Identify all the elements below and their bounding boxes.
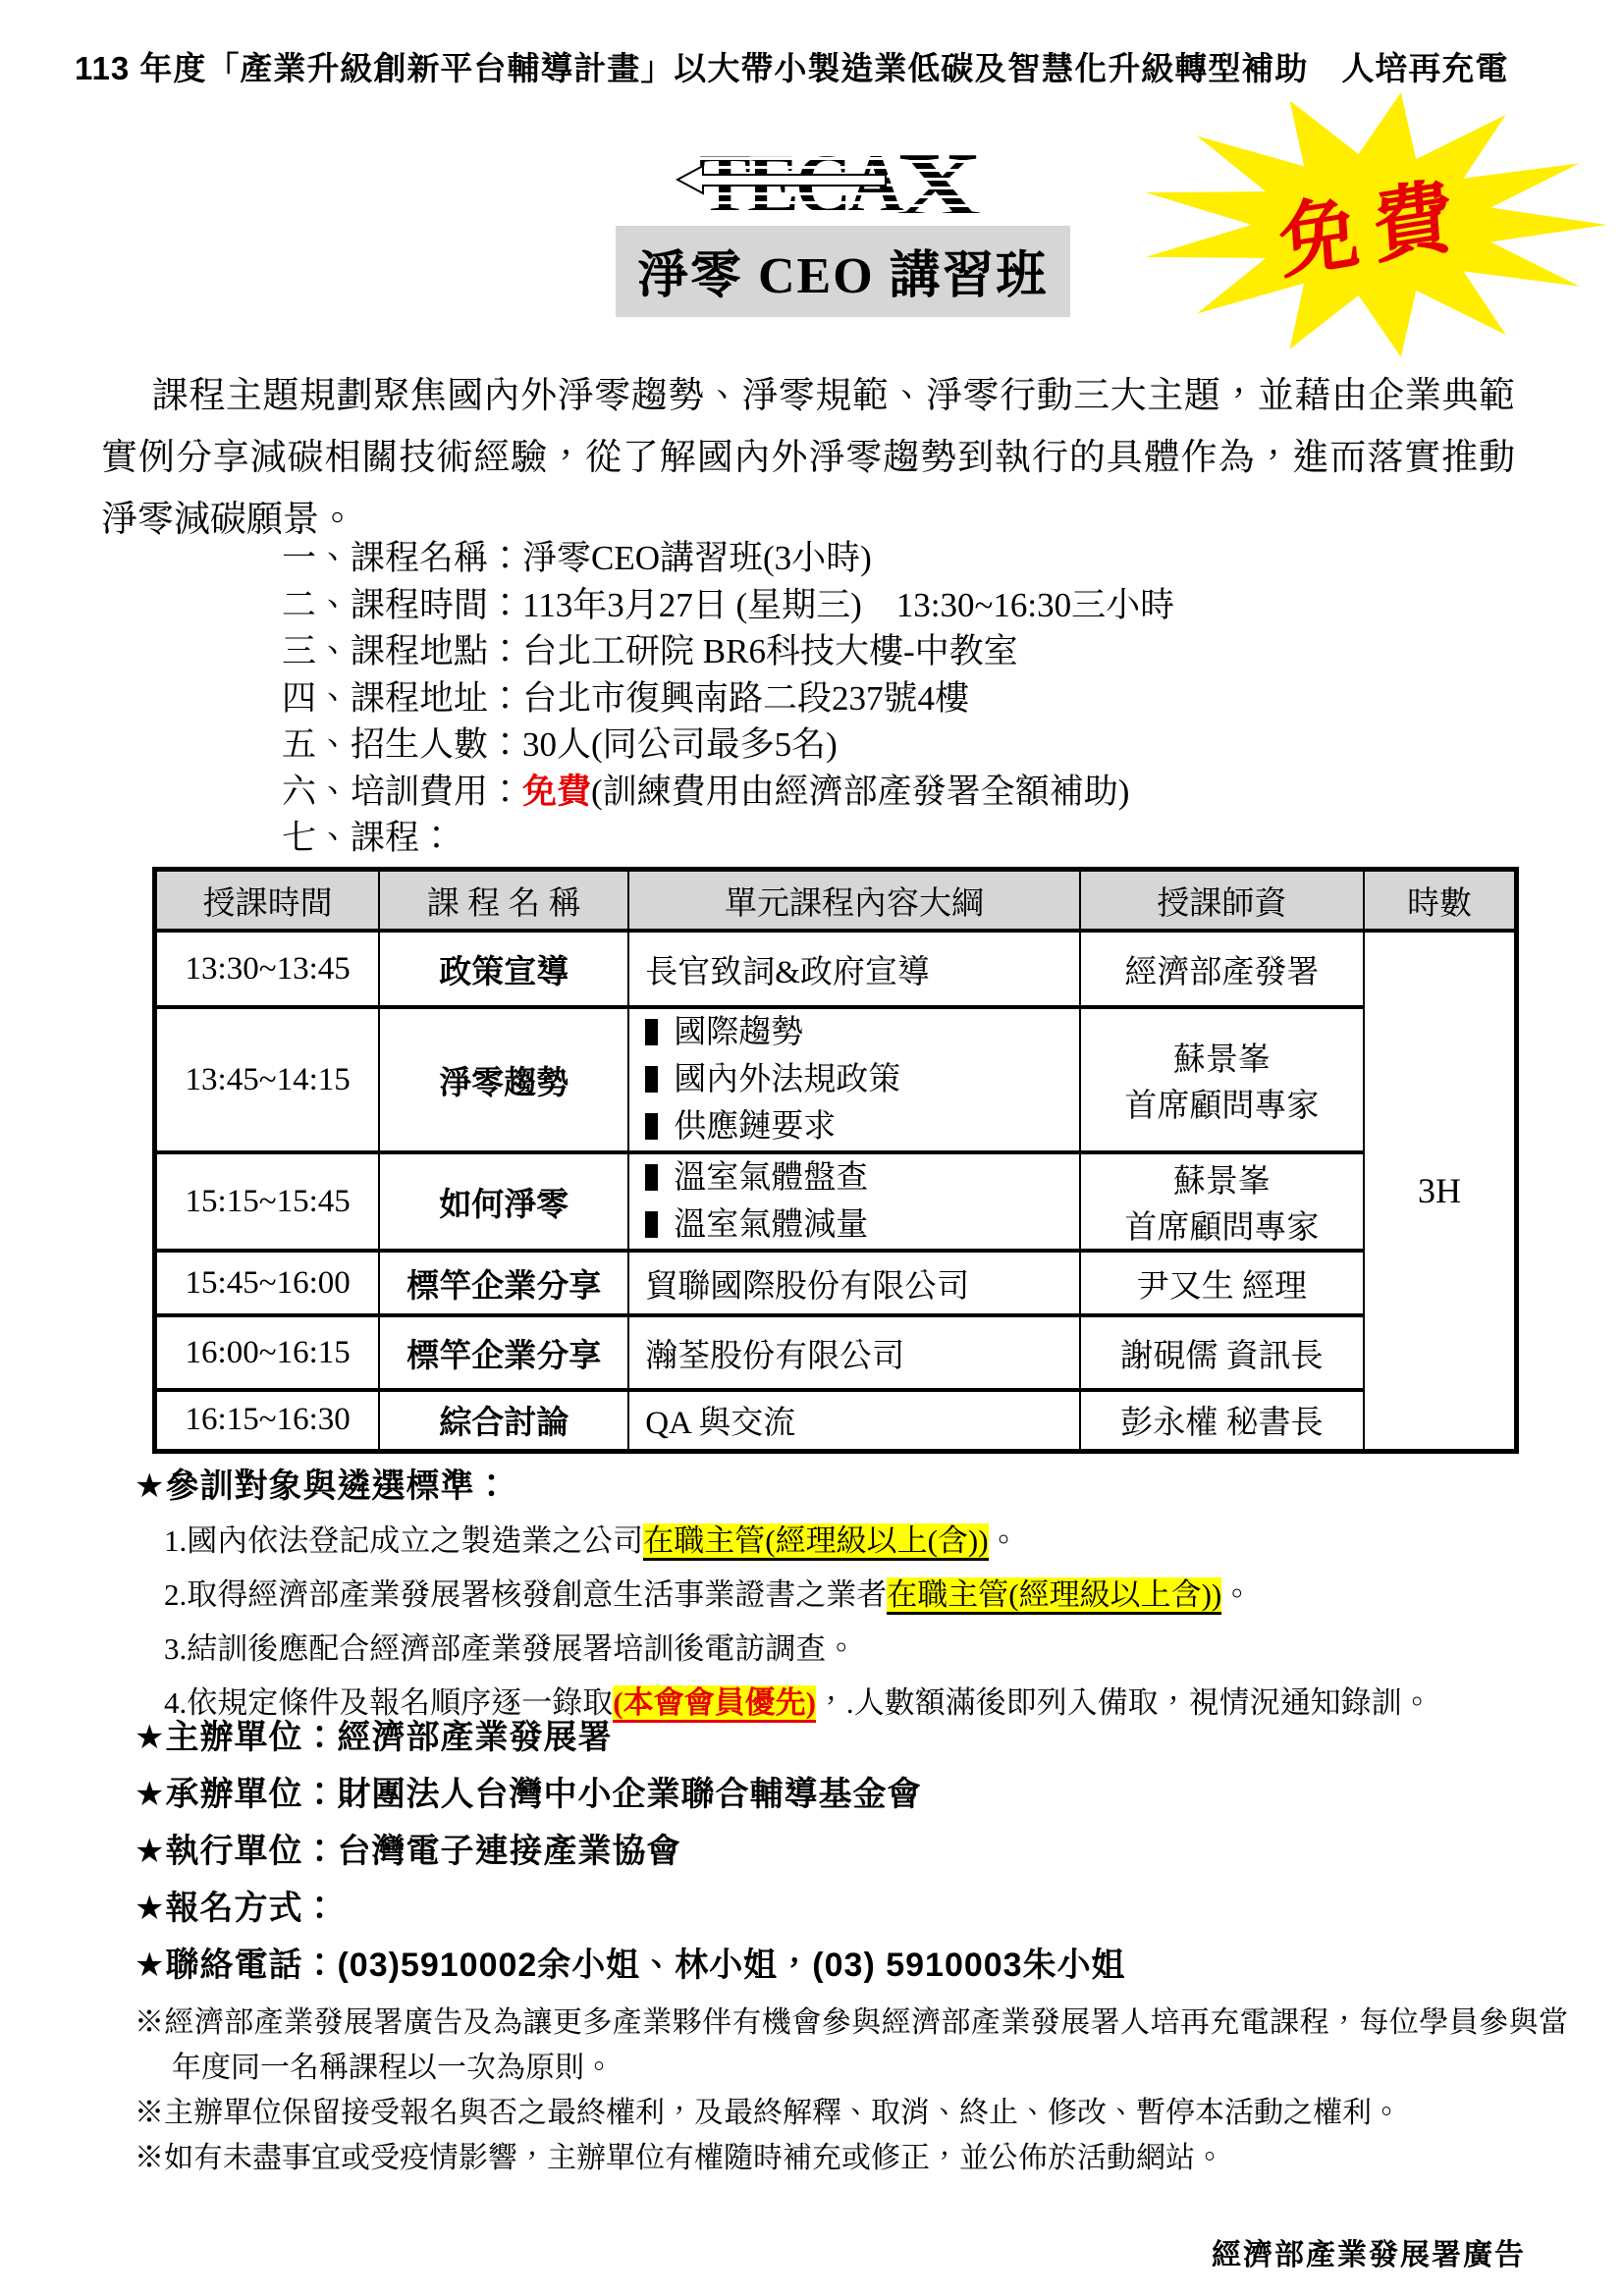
cell-time: 13:30~13:45	[155, 931, 380, 1007]
cell-instructor: 彭永權 秘書長	[1080, 1390, 1364, 1451]
flyer-page: 113 年度「產業升級創新平台輔導計畫」以大帶小製造業低碳及智慧化升級轉型補助 …	[0, 0, 1624, 2296]
bullet-line: 溫室氣體盤查	[645, 1154, 1079, 1201]
footnote: ※如有未盡事宜或受疫情影響，主辦單位有權隨時補充或修正，並公佈於活動網站。	[135, 2136, 1568, 2181]
bullet-text: 溫室氣體盤查	[674, 1160, 868, 1196]
footnotes-section: ※經濟部產業發展署廣告及為讓更多產業夥伴有機會參與經濟部產業發展署人培再充電課程…	[135, 2001, 1568, 2181]
page-top-header: 113 年度「產業升級創新平台輔導計畫」以大帶小製造業低碳及智慧化升級轉型補助 …	[75, 43, 1585, 89]
criteria-item: 2.取得經濟部產業發展署核發創意生活事業證書之業者在職主管(經理級以上含))。	[164, 1575, 1585, 1615]
cell-course: 如何淨零	[379, 1152, 628, 1251]
bullet-square-icon	[645, 1164, 658, 1191]
bullet-text: 供應鏈要求	[674, 1109, 836, 1145]
cell-instructor: 蘇景峯 首席顧問專家	[1080, 1007, 1364, 1152]
cell-content: 瀚荃股份有限公司	[628, 1315, 1080, 1390]
cell-instructor: 尹又生 經理	[1080, 1251, 1364, 1315]
criteria-text: 。	[1221, 1577, 1252, 1612]
col-header-hours: 時數	[1364, 870, 1517, 932]
cell-course: 標竿企業分享	[379, 1315, 628, 1390]
cell-time: 15:45~16:00	[155, 1251, 380, 1315]
course-info-item: 五、招生人數：30人(同公司最多5名)	[282, 721, 1545, 769]
course-info-item: 七、課程：	[282, 815, 1545, 862]
cell-content: 國際趨勢 國內外法規政策 供應鏈要求	[628, 1007, 1080, 1152]
table-row: 16:15~16:30 綜合討論 QA 與交流 彭永權 秘書長	[155, 1390, 1517, 1451]
criteria-text: ，.人數額滿後即列入備取，視情況通知錄訓。	[816, 1685, 1433, 1720]
cell-course: 淨零趨勢	[379, 1007, 628, 1152]
criteria-text: 2.取得經濟部產業發展署核發創意生活事業證書之業者	[164, 1577, 887, 1612]
course-title: 淨零 CEO 講習班	[637, 248, 1049, 304]
registration-line: ★報名方式：	[135, 1889, 1126, 1928]
cell-time: 16:00~16:15	[155, 1315, 380, 1390]
teca-logo-graphic: TECA X	[676, 133, 980, 232]
fee-note: (訓練費用由經濟部產發署全額補助)	[591, 773, 1129, 811]
criteria-text: 。	[989, 1523, 1019, 1558]
bullet-text: 國內外法規政策	[674, 1062, 900, 1097]
cell-content: QA 與交流	[628, 1390, 1080, 1451]
cell-instructor: 經濟部產發署	[1080, 931, 1364, 1007]
criteria-text: 1.國內依法登記成立之製造業之公司	[164, 1523, 643, 1558]
table-row: 15:45~16:00 標竿企業分享 貿聯國際股份有限公司 尹又生 經理	[155, 1251, 1517, 1315]
free-badge: 免費	[1129, 83, 1616, 366]
table-row: 16:00~16:15 標竿企業分享 瀚荃股份有限公司 謝硯儒 資訊長	[155, 1315, 1517, 1390]
table-row: 13:30~13:45 政策宣導 長官致詞&政府宣導 經濟部產發署 3H	[155, 931, 1517, 1007]
contact-phone-line: ★聯絡電話：(03)5910002余小姐、林小姐，(03) 5910003朱小姐	[135, 1946, 1126, 1985]
col-header-instructor: 授課師資	[1080, 870, 1364, 932]
criteria-section: ★參訓對象與遴選標準： 1.國內依法登記成立之製造業之公司在職主管(經理級以上(…	[135, 1459, 1585, 1723]
cell-content: 貿聯國際股份有限公司	[628, 1251, 1080, 1315]
bullet-line: 國際趨勢	[645, 1009, 1079, 1056]
col-header-content: 單元課程內容大綱	[628, 870, 1080, 932]
page-footer: 經濟部產業發展署廣告	[1212, 2230, 1526, 2273]
course-info-item: 四、課程地址：台北市復興南路二段237號4樓	[282, 675, 1545, 722]
criteria-text: 4.依規定條件及報名順序逐一錄取	[164, 1685, 613, 1720]
course-info-item: 一、課程名稱：淨零CEO講習班(3小時)	[282, 535, 1545, 582]
bullet-square-icon	[645, 1113, 658, 1140]
instructor-name: 蘇景峯	[1081, 1155, 1363, 1201]
cell-hours: 3H	[1364, 931, 1517, 1451]
cell-course: 政策宣導	[379, 931, 628, 1007]
criteria-item: 3.結訓後應配合經濟部產業發展署培訓後電訪調查。	[164, 1629, 1585, 1669]
course-info-item: 三、課程地點：台北工研院 BR6科技大樓-中教室	[282, 628, 1545, 675]
cell-instructor: 蘇景峯 首席顧問專家	[1080, 1152, 1364, 1251]
table-row: 15:15~15:45 如何淨零 溫室氣體盤查 溫室氣體減量 蘇景峯 首席顧問專…	[155, 1152, 1517, 1251]
instructor-name: 蘇景峯	[1081, 1034, 1363, 1080]
cell-course: 標竿企業分享	[379, 1251, 628, 1315]
cell-time: 16:15~16:30	[155, 1390, 380, 1451]
bullet-square-icon	[645, 1066, 658, 1093]
table-row: 13:45~14:15 淨零趨勢 國際趨勢 國內外法規政策 供應鏈要求 蘇景峯 …	[155, 1007, 1517, 1152]
criteria-heading: ★參訓對象與遴選標準：	[135, 1459, 1585, 1507]
cell-time: 13:45~14:15	[155, 1007, 380, 1152]
bullet-text: 國際趨勢	[674, 1015, 803, 1050]
bullet-line: 溫室氣體減量	[645, 1201, 1079, 1249]
bullet-text: 溫室氣體減量	[674, 1207, 868, 1243]
executor-line: ★執行單位：台灣電子連接產業協會	[135, 1832, 1126, 1871]
bullet-line: 供應鏈要求	[645, 1103, 1079, 1150]
criteria-text: 3.結訓後應配合經濟部產業發展署培訓後電訪調查。	[164, 1631, 856, 1666]
course-info-item: 六、培訓費用：免費(訓練費用由經濟部產發署全額補助)	[282, 769, 1545, 816]
organization-section: ★主辦單位：經濟部產業發展署 ★承辦單位：財團法人台灣中小企業聯合輔導基金會 ★…	[135, 1718, 1126, 2002]
bullet-square-icon	[645, 1211, 658, 1238]
fee-label: 六、培訓費用：	[282, 773, 522, 811]
criteria-item: 4.依規定條件及報名順序逐一錄取(本會會員優先)，.人數額滿後即列入備取，視情況…	[164, 1683, 1585, 1723]
instructor-title: 首席顧問專家	[1081, 1201, 1363, 1248]
schedule-table-wrap: 授課時間 課 程 名 稱 單元課程內容大綱 授課師資 時數 13:30~13:4…	[152, 867, 1519, 1454]
teca-logo: TECA X	[676, 133, 980, 232]
fee-free-text: 免費	[522, 773, 591, 811]
organizer-line: ★承辦單位：財團法人台灣中小企業聯合輔導基金會	[135, 1775, 1126, 1814]
course-info-list: 一、課程名稱：淨零CEO講習班(3小時) 二、課程時間：113年3月27日 (星…	[282, 535, 1545, 862]
schedule-table: 授課時間 課 程 名 稱 單元課程內容大綱 授課師資 時數 13:30~13:4…	[152, 867, 1519, 1454]
cell-content: 溫室氣體盤查 溫室氣體減量	[628, 1152, 1080, 1251]
bullet-line: 國內外法規政策	[645, 1056, 1079, 1103]
criteria-highlight: 在職主管(經理級以上含))	[887, 1577, 1221, 1615]
footnote: ※經濟部產業發展署廣告及為讓更多產業夥伴有機會參與經濟部產業發展署人培再充電課程…	[135, 2001, 1568, 2091]
course-title-box: 淨零 CEO 講習班	[616, 226, 1070, 317]
footnote: ※主辦單位保留接受報名與否之最終權利，及最終解釋、取消、終止、修改、暫停本活動之…	[135, 2091, 1568, 2136]
host-org-line: ★主辦單位：經濟部產業發展署	[135, 1718, 1126, 1757]
schedule-header-row: 授課時間 課 程 名 稱 單元課程內容大綱 授課師資 時數	[155, 870, 1517, 932]
bullet-square-icon	[645, 1019, 658, 1045]
cell-content: 長官致詞&政府宣導	[628, 931, 1080, 1007]
course-info-item: 二、課程時間：113年3月27日 (星期三) 13:30~16:30三小時	[282, 582, 1545, 629]
cell-course: 綜合討論	[379, 1390, 628, 1451]
intro-paragraph: 課程主題規劃聚焦國內外淨零趨勢、淨零規範、淨零行動三大主題，並藉由企業典範實例分…	[101, 365, 1515, 551]
instructor-title: 首席顧問專家	[1081, 1080, 1363, 1126]
svg-text:X: X	[895, 133, 980, 232]
cell-instructor: 謝硯儒 資訊長	[1080, 1315, 1364, 1390]
criteria-highlight: 在職主管(經理級以上(含))	[643, 1523, 988, 1561]
criteria-item: 1.國內依法登記成立之製造業之公司在職主管(經理級以上(含))。	[164, 1522, 1585, 1561]
cell-time: 15:15~15:45	[155, 1152, 380, 1251]
col-header-course: 課 程 名 稱	[379, 870, 628, 932]
col-header-time: 授課時間	[155, 870, 380, 932]
